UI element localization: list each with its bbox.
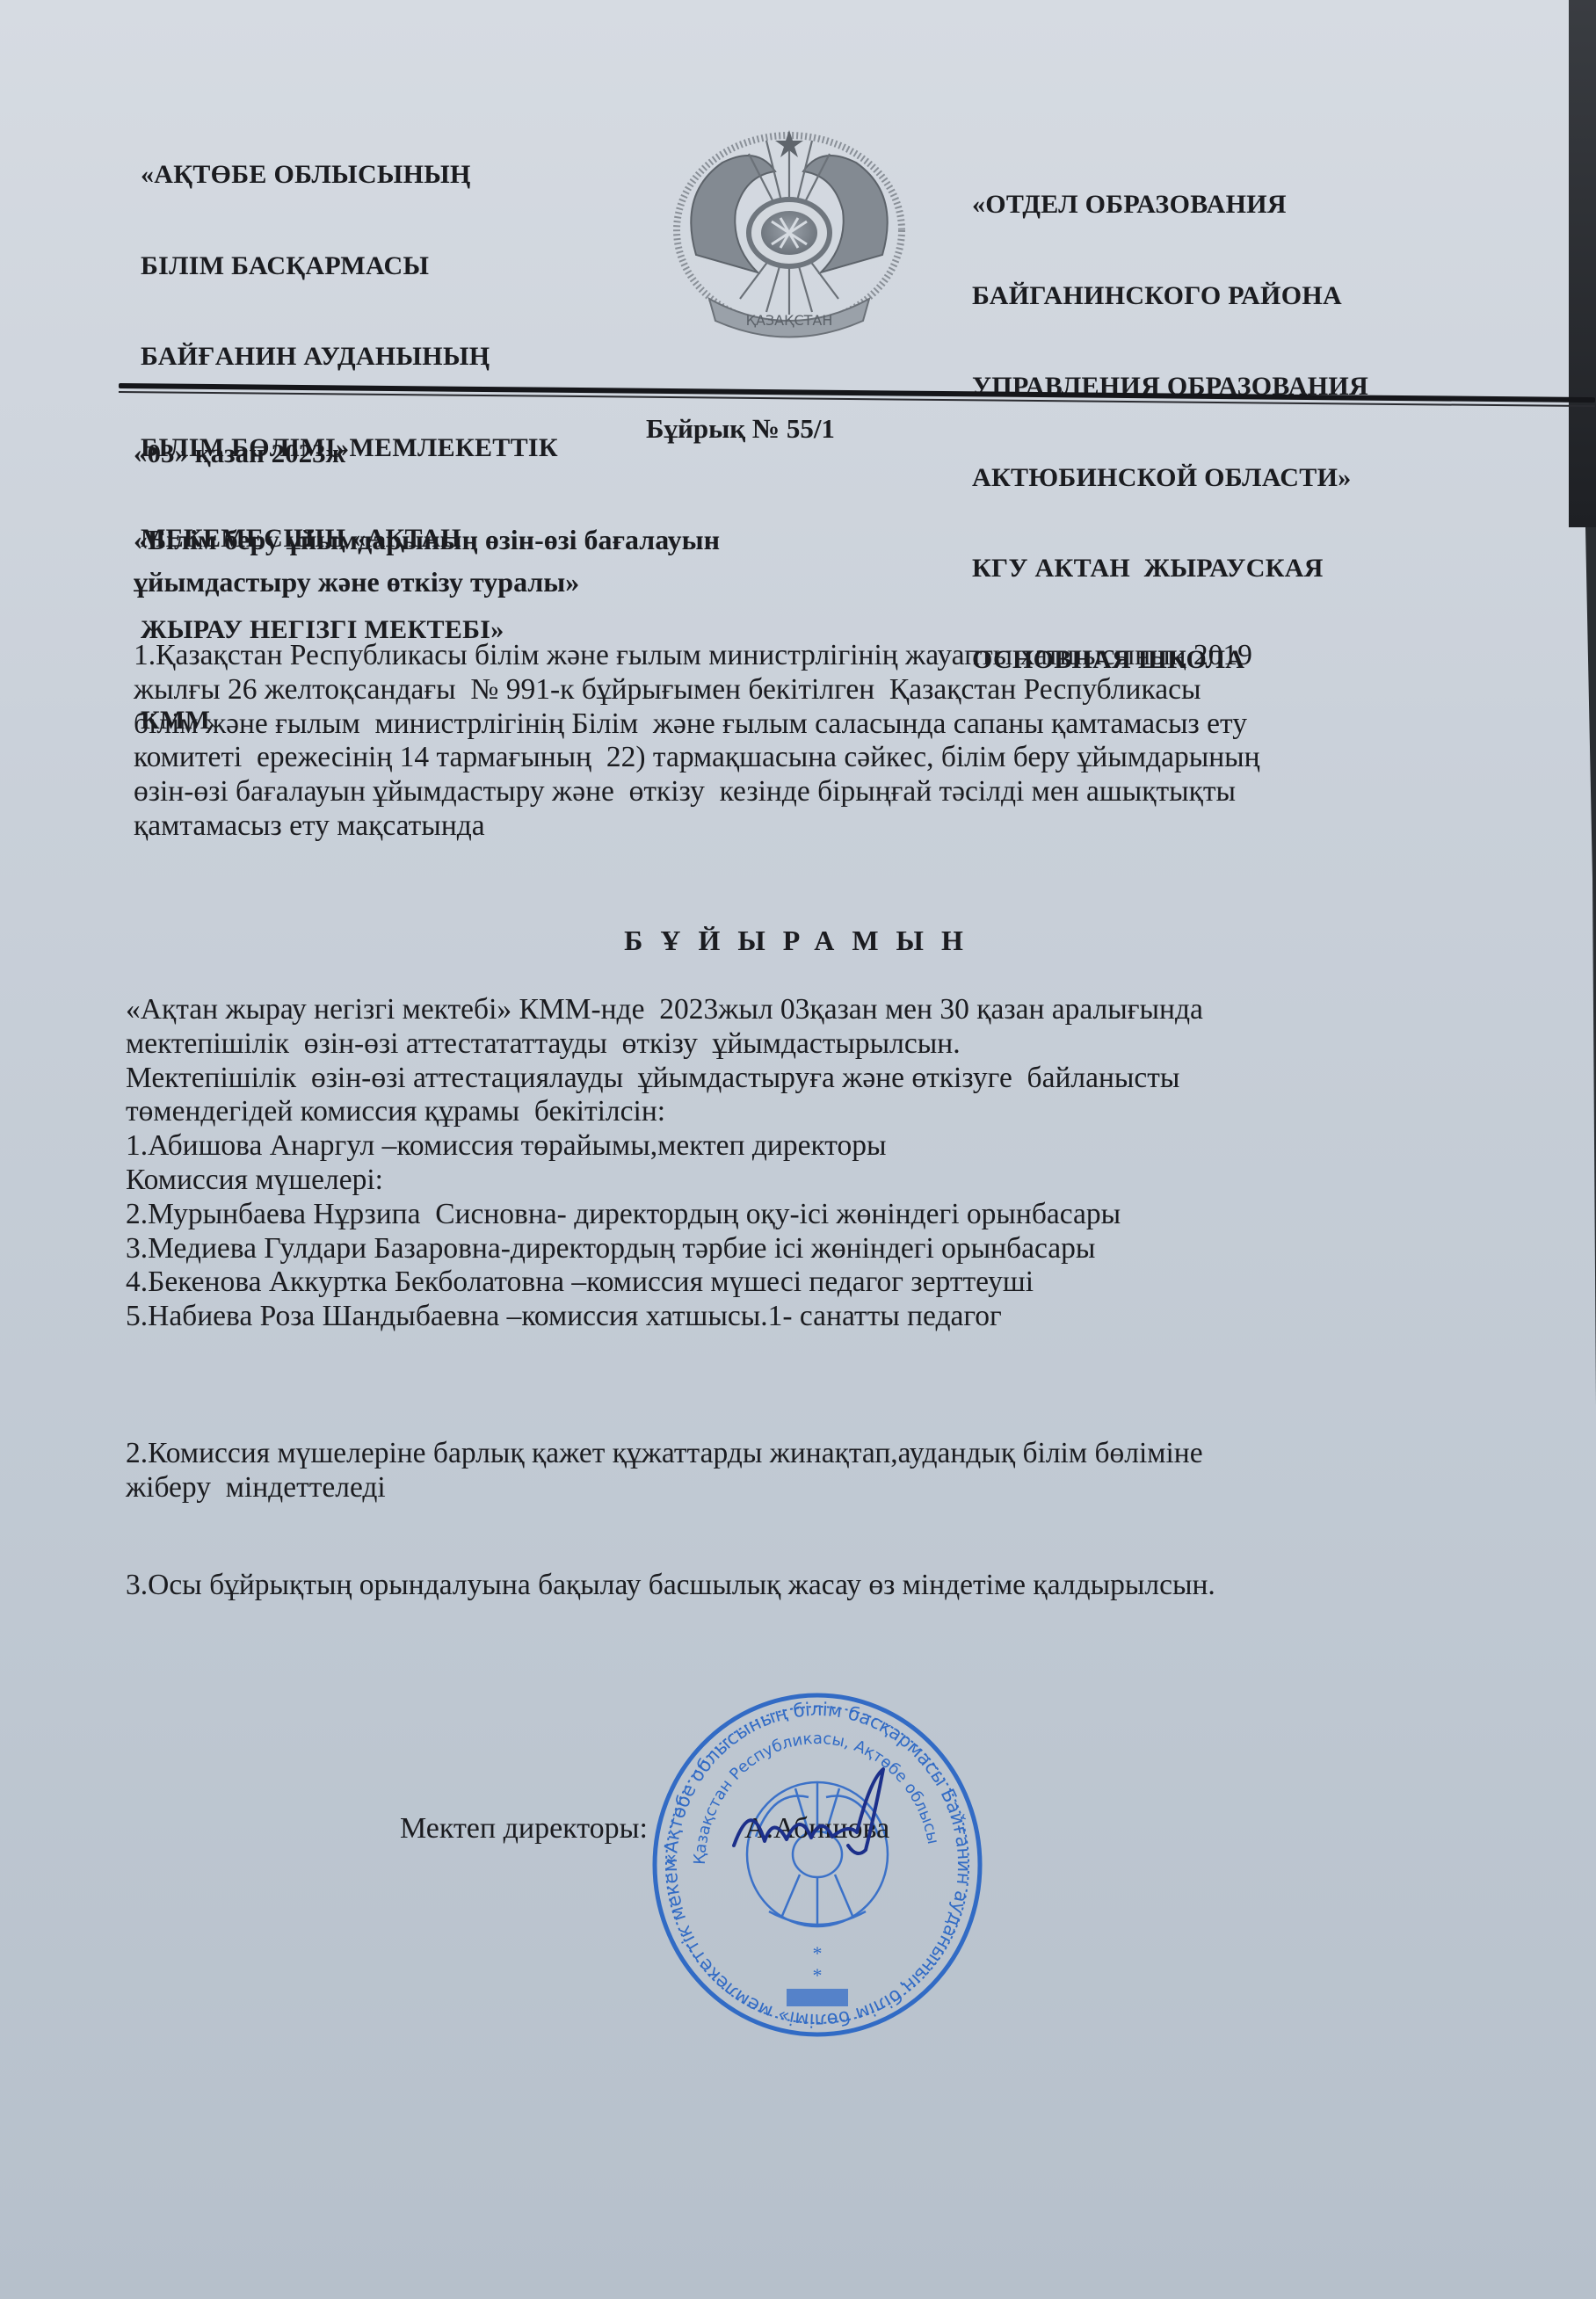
order-title: «Білім беру ұйымдарының өзін-өзі бағалау…: [134, 519, 720, 603]
preamble-line: қамтамасыз ету мақсатында: [134, 809, 1260, 844]
section-line: жіберу міндеттеледі: [126, 1471, 1203, 1505]
svg-text:ҚАЗАҚСТАН: ҚАЗАҚСТАН: [746, 312, 833, 329]
header-right-line: АКТЮБИНСКОЙ ОБЛАСТИ»: [972, 463, 1368, 494]
decree-heading: БҰЙЫРАМЫН: [0, 925, 1596, 957]
section-line: төмендегідей комиссия құрамы бекітілсін:: [126, 1095, 1203, 1129]
order-title-line: «Білім беру ұйымдарының өзін-өзі бағалау…: [134, 519, 720, 561]
commission-member: 1.Абишова Анаргул –комиссия төрайымы,мек…: [126, 1129, 1203, 1164]
commission-member: 3.Медиева Гулдари Базаровна-директордың …: [126, 1232, 1203, 1266]
background-surface: [1569, 0, 1596, 527]
signer-role: Мектеп директоры:: [400, 1812, 648, 1845]
header-right-line: КГУ АКТАН ЖЫРАУСКАЯ: [972, 554, 1368, 584]
header-right-russian: «ОТДЕЛ ОБРАЗОВАНИЯ БАЙГАНИНСКОГО РАЙОНА …: [972, 129, 1368, 706]
section-2-documents: 2.Комиссия мүшелеріне барлық қажет құжат…: [126, 1437, 1203, 1505]
svg-text:*: *: [813, 1964, 823, 1986]
section-line: Мектепішілік өзін-өзі аттестациялауды ұй…: [126, 1062, 1203, 1096]
preamble-line: өзін-өзі бағалауын ұйымдастыру және өткі…: [134, 775, 1260, 809]
preamble-paragraph: 1.Қазақстан Республикасы білім және ғылы…: [134, 639, 1260, 844]
header-left-line: «АҚТӨБЕ ОБЛЫСЫНЫҢ: [141, 160, 558, 191]
order-number: Бұйрық № 55/1: [646, 413, 835, 445]
kazakhstan-state-emblem-icon: ҚАЗАҚСТАН: [661, 123, 918, 343]
commission-member: 4.Бекенова Аккуртка Бекболатовна –комисс…: [126, 1266, 1203, 1300]
section-line: мектепішілік өзін-өзі аттестататтауды өт…: [126, 1027, 1203, 1062]
order-title-line: ұйымдастыру және өткізу туралы»: [134, 561, 720, 603]
header-left-line: БІЛІМ БАСҚАРМАСЫ: [141, 251, 558, 282]
preamble-line: білім және ғылым министрлігінің Білім жә…: [134, 707, 1260, 742]
section-1-commission: «Ақтан жырау негізгі мектебі» КММ-нде 20…: [126, 993, 1203, 1334]
handwritten-signature-icon: [725, 1762, 901, 1867]
section-line: 3.Осы бұйрықтың орындалуына бақылау басш…: [126, 1569, 1215, 1603]
section-3-control: 3.Осы бұйрықтың орындалуына бақылау басш…: [126, 1569, 1215, 1603]
section-line: Комиссия мүшелері:: [126, 1164, 1203, 1198]
preamble-line: 1.Қазақстан Республикасы білім және ғылы…: [134, 639, 1260, 673]
preamble-line: жылғы 26 желтоқсандағы № 991-к бұйрығыме…: [134, 673, 1260, 707]
section-line: «Ақтан жырау негізгі мектебі» КММ-нде 20…: [126, 993, 1203, 1027]
order-date: «03» қазан 2023ж: [134, 438, 345, 469]
svg-text:*: *: [813, 1942, 823, 1964]
header-left-line: БАЙҒАНИН АУДАНЫНЫҢ: [141, 342, 558, 373]
commission-member: 2.Мурынбаева Нұрзипа Сисновна- директорд…: [126, 1198, 1203, 1232]
preamble-line: комитеті ережесінің 14 тармағының 22) та…: [134, 741, 1260, 775]
header-right-line: БАЙГАНИНСКОГО РАЙОНА: [972, 281, 1368, 312]
header-right-line: «ОТДЕЛ ОБРАЗОВАНИЯ: [972, 190, 1368, 221]
commission-member: 5.Набиева Роза Шандыбаевна –комиссия хат…: [126, 1300, 1203, 1334]
section-line: 2.Комиссия мүшелеріне барлық қажет құжат…: [126, 1437, 1203, 1471]
